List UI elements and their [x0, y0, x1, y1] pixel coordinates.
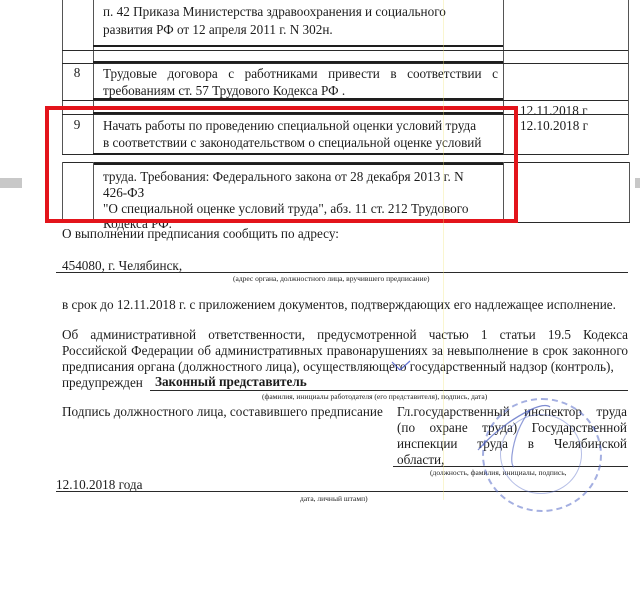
- address-caption: (адрес органа, должностного лица, вручив…: [233, 274, 430, 283]
- deadline-text: в срок до 12.11.2018 г. с приложением до…: [62, 297, 616, 314]
- signature-stroke-icon: [470, 395, 620, 510]
- warned-value: Законный представитель: [155, 374, 307, 391]
- liability-line: Российской Федерации об административных…: [62, 343, 628, 360]
- deadline-value: 12.10.2018 г: [520, 118, 588, 133]
- signature-label: Подпись должностного лица, составившего …: [62, 404, 383, 421]
- left-edge-marker: [0, 178, 22, 188]
- liability-line: Об административной ответственности, пре…: [62, 327, 628, 344]
- address-underline: [56, 272, 628, 273]
- warned-caption: (фамилия, инициалы работодателя (его пре…: [262, 392, 487, 401]
- row-text-line: п. 42 Приказа Министерства здравоохранен…: [103, 3, 446, 20]
- right-edge-marker: [635, 178, 640, 188]
- row-number: 8: [62, 64, 92, 81]
- table-border-right: [628, 0, 629, 155]
- date-caption: дата, личный штамп): [300, 494, 368, 503]
- liability-line: предписания органа (должностного лица), …: [62, 359, 614, 376]
- warned-label: предупрежден: [62, 375, 143, 392]
- scan-fold-line: [443, 0, 444, 500]
- row-divider: [93, 45, 503, 47]
- highlight-box: [45, 106, 518, 223]
- row-text-line: Трудовые договора с работниками привести…: [103, 65, 498, 82]
- table-border-left: [62, 0, 63, 106]
- deadline-value: 12.11.2018 г: [520, 103, 588, 118]
- row-text-line: развития РФ от 12 апреля 2011 г. N 302н.: [103, 21, 333, 38]
- warned-underline: [150, 390, 628, 391]
- address-intro: О выполнении предписания сообщить по адр…: [62, 226, 339, 243]
- row-divider: [62, 100, 628, 101]
- row-divider: [62, 63, 628, 64]
- table-border-right: [629, 162, 630, 223]
- checkmark-icon: [388, 358, 418, 374]
- row-divider: [62, 50, 628, 51]
- row-text-line: требованиям ст. 57 Трудового Кодекса РФ …: [103, 82, 345, 99]
